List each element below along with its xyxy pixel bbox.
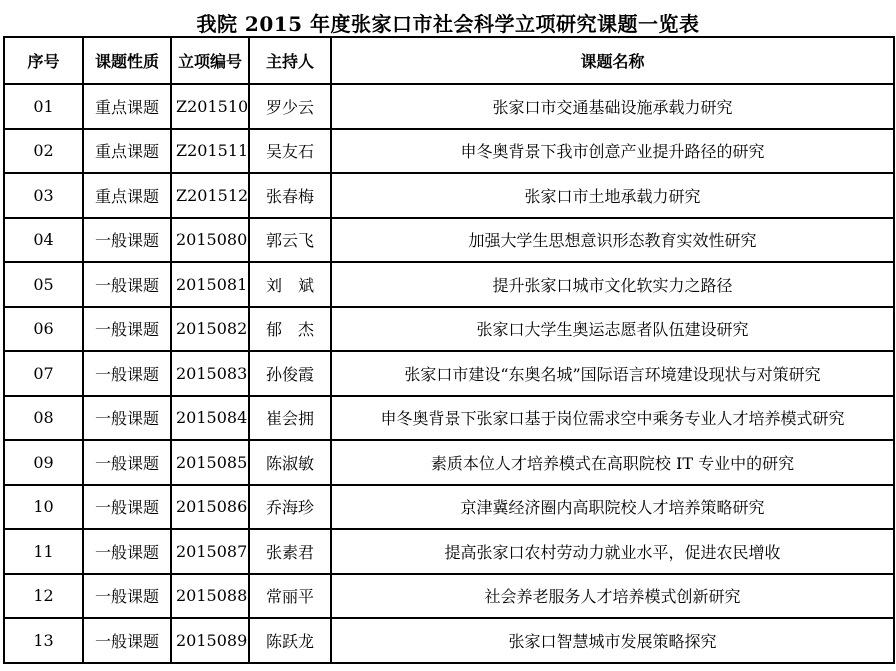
cell-serial-number: 13 [4, 618, 83, 663]
cell-serial-number: 06 [4, 307, 83, 352]
cell-project-title: 申冬奥背景下张家口基于岗位需求空中乘务专业人才培养模式研究 [331, 396, 894, 441]
cell-project-title: 申冬奥背景下我市创意产业提升路径的研究 [331, 129, 894, 174]
cell-serial-number: 07 [4, 351, 83, 396]
cell-project-title: 张家口智慧城市发展策略探究 [331, 618, 894, 663]
cell-project-title: 提高张家口农村劳动力就业水平，促进农民增收 [331, 529, 894, 574]
cell-project-code: 2015084 [171, 396, 249, 441]
header-project-title: 课题名称 [331, 37, 894, 84]
cell-project-title: 社会养老服务人才培养模式创新研究 [331, 574, 894, 619]
cell-project-code: 2015081 [171, 262, 249, 307]
cell-project-nature: 一般课题 [83, 618, 171, 663]
header-project-code: 立项编号 [171, 37, 249, 84]
cell-project-leader: 崔会拥 [249, 396, 331, 441]
cell-project-title: 素质本位人才培养模式在高职院校 IT 专业中的研究 [331, 440, 894, 485]
cell-project-code: 2015088 [171, 574, 249, 619]
table-row: 06 一般课题 2015082 郁 杰 张家口大学生奥运志愿者队伍建设研究 [4, 307, 894, 352]
cell-project-code: 2015089 [171, 618, 249, 663]
cell-project-code: Z201510 [171, 84, 249, 129]
cell-project-code: Z201511 [171, 129, 249, 174]
cell-serial-number: 09 [4, 440, 83, 485]
cell-project-leader: 乔海珍 [249, 485, 331, 530]
cell-serial-number: 08 [4, 396, 83, 441]
cell-project-title: 张家口市交通基础设施承载力研究 [331, 84, 894, 129]
cell-project-title: 加强大学生思想意识形态教育实效性研究 [331, 218, 894, 263]
table-row: 12 一般课题 2015088 常丽平 社会养老服务人才培养模式创新研究 [4, 574, 894, 619]
cell-project-leader: 刘 斌 [249, 262, 331, 307]
cell-project-code: 2015085 [171, 440, 249, 485]
document-page: 我院 2015 年度张家口市社会科学立项研究课题一览表 序号 课题性质 立项编号… [0, 0, 896, 671]
projects-table: 序号 课题性质 立项编号 主持人 课题名称 01 重点课题 Z201510 罗少… [3, 36, 895, 664]
cell-project-nature: 一般课题 [83, 529, 171, 574]
cell-project-nature: 一般课题 [83, 440, 171, 485]
cell-serial-number: 01 [4, 84, 83, 129]
cell-project-code: 2015087 [171, 529, 249, 574]
cell-serial-number: 12 [4, 574, 83, 619]
table-row: 04 一般课题 2015080 郭云飞 加强大学生思想意识形态教育实效性研究 [4, 218, 894, 263]
cell-serial-number: 02 [4, 129, 83, 174]
cell-project-nature: 重点课题 [83, 173, 171, 218]
cell-project-code: Z201512 [171, 173, 249, 218]
table-row: 02 重点课题 Z201511 吴友石 申冬奥背景下我市创意产业提升路径的研究 [4, 129, 894, 174]
cell-project-leader: 陈淑敏 [249, 440, 331, 485]
cell-project-code: 2015083 [171, 351, 249, 396]
table-row: 05 一般课题 2015081 刘 斌 提升张家口城市文化软实力之路径 [4, 262, 894, 307]
cell-project-code: 2015082 [171, 307, 249, 352]
cell-project-leader: 张春梅 [249, 173, 331, 218]
page-title: 我院 2015 年度张家口市社会科学立项研究课题一览表 [0, 0, 896, 36]
cell-serial-number: 05 [4, 262, 83, 307]
cell-serial-number: 03 [4, 173, 83, 218]
table-row: 03 重点课题 Z201512 张春梅 张家口市土地承载力研究 [4, 173, 894, 218]
cell-project-code: 2015086 [171, 485, 249, 530]
cell-project-nature: 重点课题 [83, 84, 171, 129]
table-row: 08 一般课题 2015084 崔会拥 申冬奥背景下张家口基于岗位需求空中乘务专… [4, 396, 894, 441]
table-row: 01 重点课题 Z201510 罗少云 张家口市交通基础设施承载力研究 [4, 84, 894, 129]
cell-project-nature: 一般课题 [83, 574, 171, 619]
cell-project-title: 张家口市建设“东奥名城”国际语言环境建设现状与对策研究 [331, 351, 894, 396]
cell-project-nature: 重点课题 [83, 129, 171, 174]
header-project-leader: 主持人 [249, 37, 331, 84]
table-row: 07 一般课题 2015083 孙俊霞 张家口市建设“东奥名城”国际语言环境建设… [4, 351, 894, 396]
cell-project-title: 京津冀经济圈内高职院校人才培养策略研究 [331, 485, 894, 530]
cell-project-title: 张家口市土地承载力研究 [331, 173, 894, 218]
cell-serial-number: 04 [4, 218, 83, 263]
cell-project-title: 张家口大学生奥运志愿者队伍建设研究 [331, 307, 894, 352]
cell-project-nature: 一般课题 [83, 485, 171, 530]
cell-serial-number: 10 [4, 485, 83, 530]
cell-project-leader: 常丽平 [249, 574, 331, 619]
cell-project-code: 2015080 [171, 218, 249, 263]
cell-project-leader: 张素君 [249, 529, 331, 574]
header-serial-number: 序号 [4, 37, 83, 84]
table-row: 11 一般课题 2015087 张素君 提高张家口农村劳动力就业水平，促进农民增… [4, 529, 894, 574]
cell-project-nature: 一般课题 [83, 396, 171, 441]
table-row: 10 一般课题 2015086 乔海珍 京津冀经济圈内高职院校人才培养策略研究 [4, 485, 894, 530]
table-header-row: 序号 课题性质 立项编号 主持人 课题名称 [4, 37, 894, 84]
cell-project-nature: 一般课题 [83, 218, 171, 263]
table-row: 09 一般课题 2015085 陈淑敏 素质本位人才培养模式在高职院校 IT 专… [4, 440, 894, 485]
cell-project-title: 提升张家口城市文化软实力之路径 [331, 262, 894, 307]
cell-project-leader: 罗少云 [249, 84, 331, 129]
cell-project-nature: 一般课题 [83, 262, 171, 307]
cell-serial-number: 11 [4, 529, 83, 574]
cell-project-leader: 郁 杰 [249, 307, 331, 352]
header-project-nature: 课题性质 [83, 37, 171, 84]
cell-project-leader: 陈跃龙 [249, 618, 331, 663]
cell-project-leader: 郭云飞 [249, 218, 331, 263]
cell-project-leader: 吴友石 [249, 129, 331, 174]
cell-project-leader: 孙俊霞 [249, 351, 331, 396]
cell-project-nature: 一般课题 [83, 351, 171, 396]
table-row: 13 一般课题 2015089 陈跃龙 张家口智慧城市发展策略探究 [4, 618, 894, 663]
cell-project-nature: 一般课题 [83, 307, 171, 352]
